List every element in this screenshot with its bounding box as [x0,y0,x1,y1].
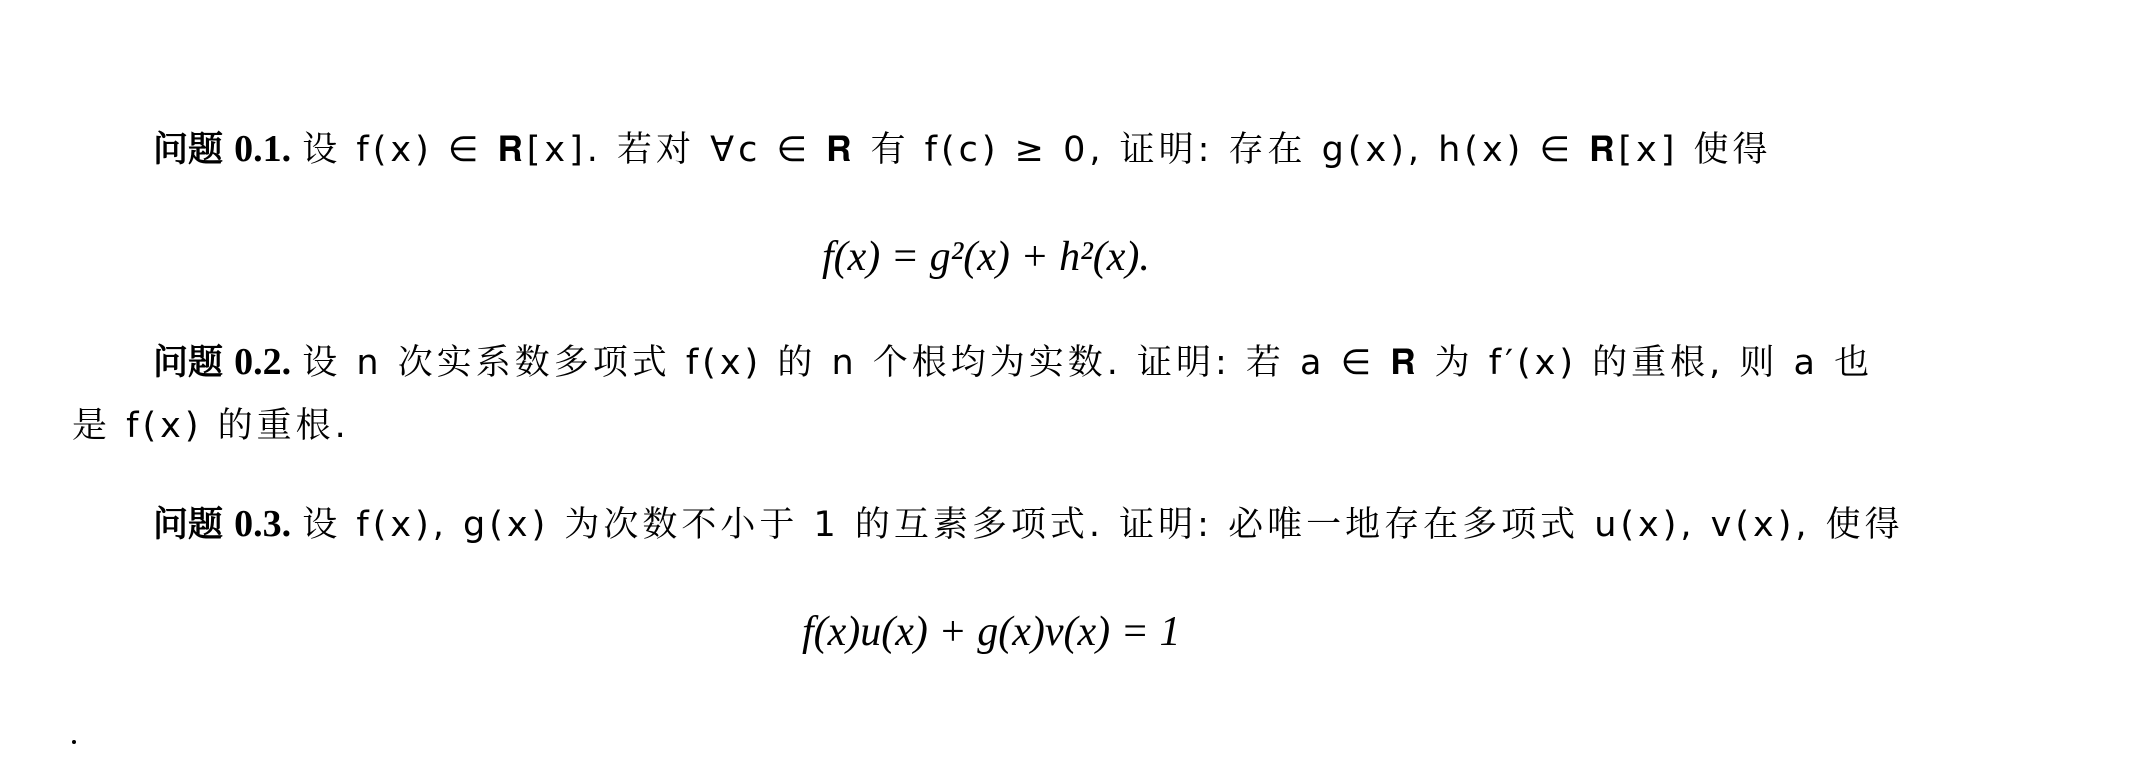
problem-0-3: 问题 0.3. 设 f(x), g(x) 为次数不小于 1 的互素多项式. 证明… [153,505,1904,543]
trailing-period-mark [72,740,76,744]
problem-statement: 设 n 次实系数多项式 f(x) 的 n 个根均为实数. 证明: 若 a ∈ 𝐑… [302,343,1873,383]
problem-0-1: 问题 0.1. 设 f(x) ∈ 𝐑[x]. 若对 ∀c ∈ 𝐑 有 f(c) … [153,130,1772,168]
problem-statement: 设 f(x), g(x) 为次数不小于 1 的互素多项式. 证明: 必唯一地存在… [302,505,1903,545]
problem-label: 问题 [153,505,223,545]
problem-label: 问题 [153,343,223,383]
problem-statement-continuation: 是 f(x) 的重根. [72,409,350,444]
problem-statement: 设 f(x) ∈ 𝐑[x]. 若对 ∀c ∈ 𝐑 有 f(c) ≥ 0, 证明:… [302,130,1771,170]
display-equation-bezout: f(x)u(x) + g(x)v(x) = 1 [802,611,1180,653]
problem-0-2: 问题 0.2. 设 n 次实系数多项式 f(x) 的 n 个根均为实数. 证明:… [153,343,1873,381]
problem-label: 问题 [153,130,223,170]
problem-number: 0.1. [234,128,291,170]
problem-number: 0.3. [234,503,291,545]
problem-number: 0.2. [234,341,291,383]
display-equation-sum-of-squares: f(x) = g²(x) + h²(x). [822,236,1150,278]
